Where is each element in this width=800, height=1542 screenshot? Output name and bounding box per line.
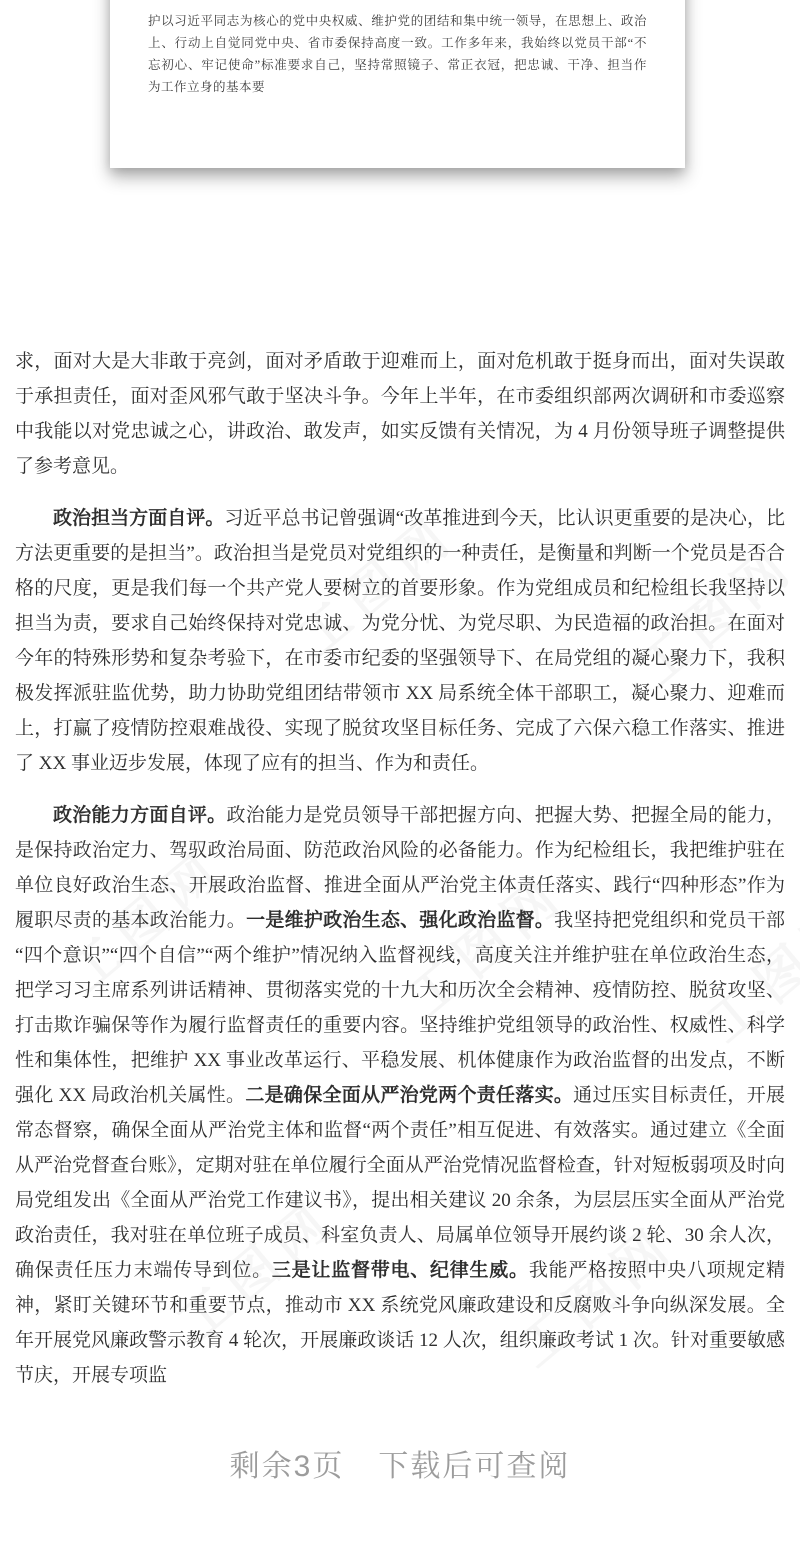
paragraph: 政治能力方面自评。政治能力是党员领导干部把握方向、把握大势、把握全局的能力，是保…	[15, 798, 785, 1393]
download-hint-label: 下载后可查阅	[378, 1450, 570, 1483]
document-body: 求，面对大是大非敢于亮剑，面对矛盾敢于迎难而上，面对危机敢于挺身而出，面对失误敢…	[15, 344, 785, 1410]
page1-preview-text: 护以习近平同志为核心的党中央权威、维护党的团结和集中统一领导，在思想上、政治上、…	[148, 10, 647, 98]
paragraph-text: 求，面对大是大非敢于亮剑，面对矛盾敢于迎难而上，面对危机敢于挺身而出，面对失误敢…	[15, 351, 785, 477]
preview-footer: 剩余3页下载后可查阅	[0, 1441, 800, 1485]
paragraph-text: 我坚持把党组织和党员干部“四个意识”“四个自信”“两个维护”情况纳入监督视线，高…	[15, 910, 785, 1106]
paragraph-lead-bold: 二是确保全面从严治党两个责任落实。	[245, 1085, 573, 1106]
paragraph: 求，面对大是大非敢于亮剑，面对矛盾敢于迎难而上，面对危机敢于挺身而出，面对失误敢…	[15, 344, 785, 484]
paragraph-lead-bold: 政治能力方面自评。	[53, 805, 226, 826]
paragraph: 政治担当方面自评。习近平总书记曾强调“改革推进到今天，比认识更重要的是决心，比方…	[15, 501, 785, 781]
paragraph-text: 通过压实目标责任，开展常态督察，确保全面从严治党主体和监督“两个责任”相互促进、…	[15, 1085, 785, 1281]
remaining-pages-label: 剩余3页	[230, 1450, 345, 1483]
page1-preview-card: 护以习近平同志为核心的党中央权威、维护党的团结和集中统一领导，在思想上、政治上、…	[110, 0, 685, 168]
paragraph-lead-bold: 一是维护政治生态、强化政治监督。	[246, 910, 554, 931]
paragraph-lead-bold: 三是让监督带电、纪律生威。	[272, 1260, 529, 1281]
paragraph-text: 习近平总书记曾强调“改革推进到今天，比认识更重要的是决心，比方法更重要的是担当”…	[15, 508, 785, 774]
paragraph-lead-bold: 政治担当方面自评。	[53, 508, 224, 529]
